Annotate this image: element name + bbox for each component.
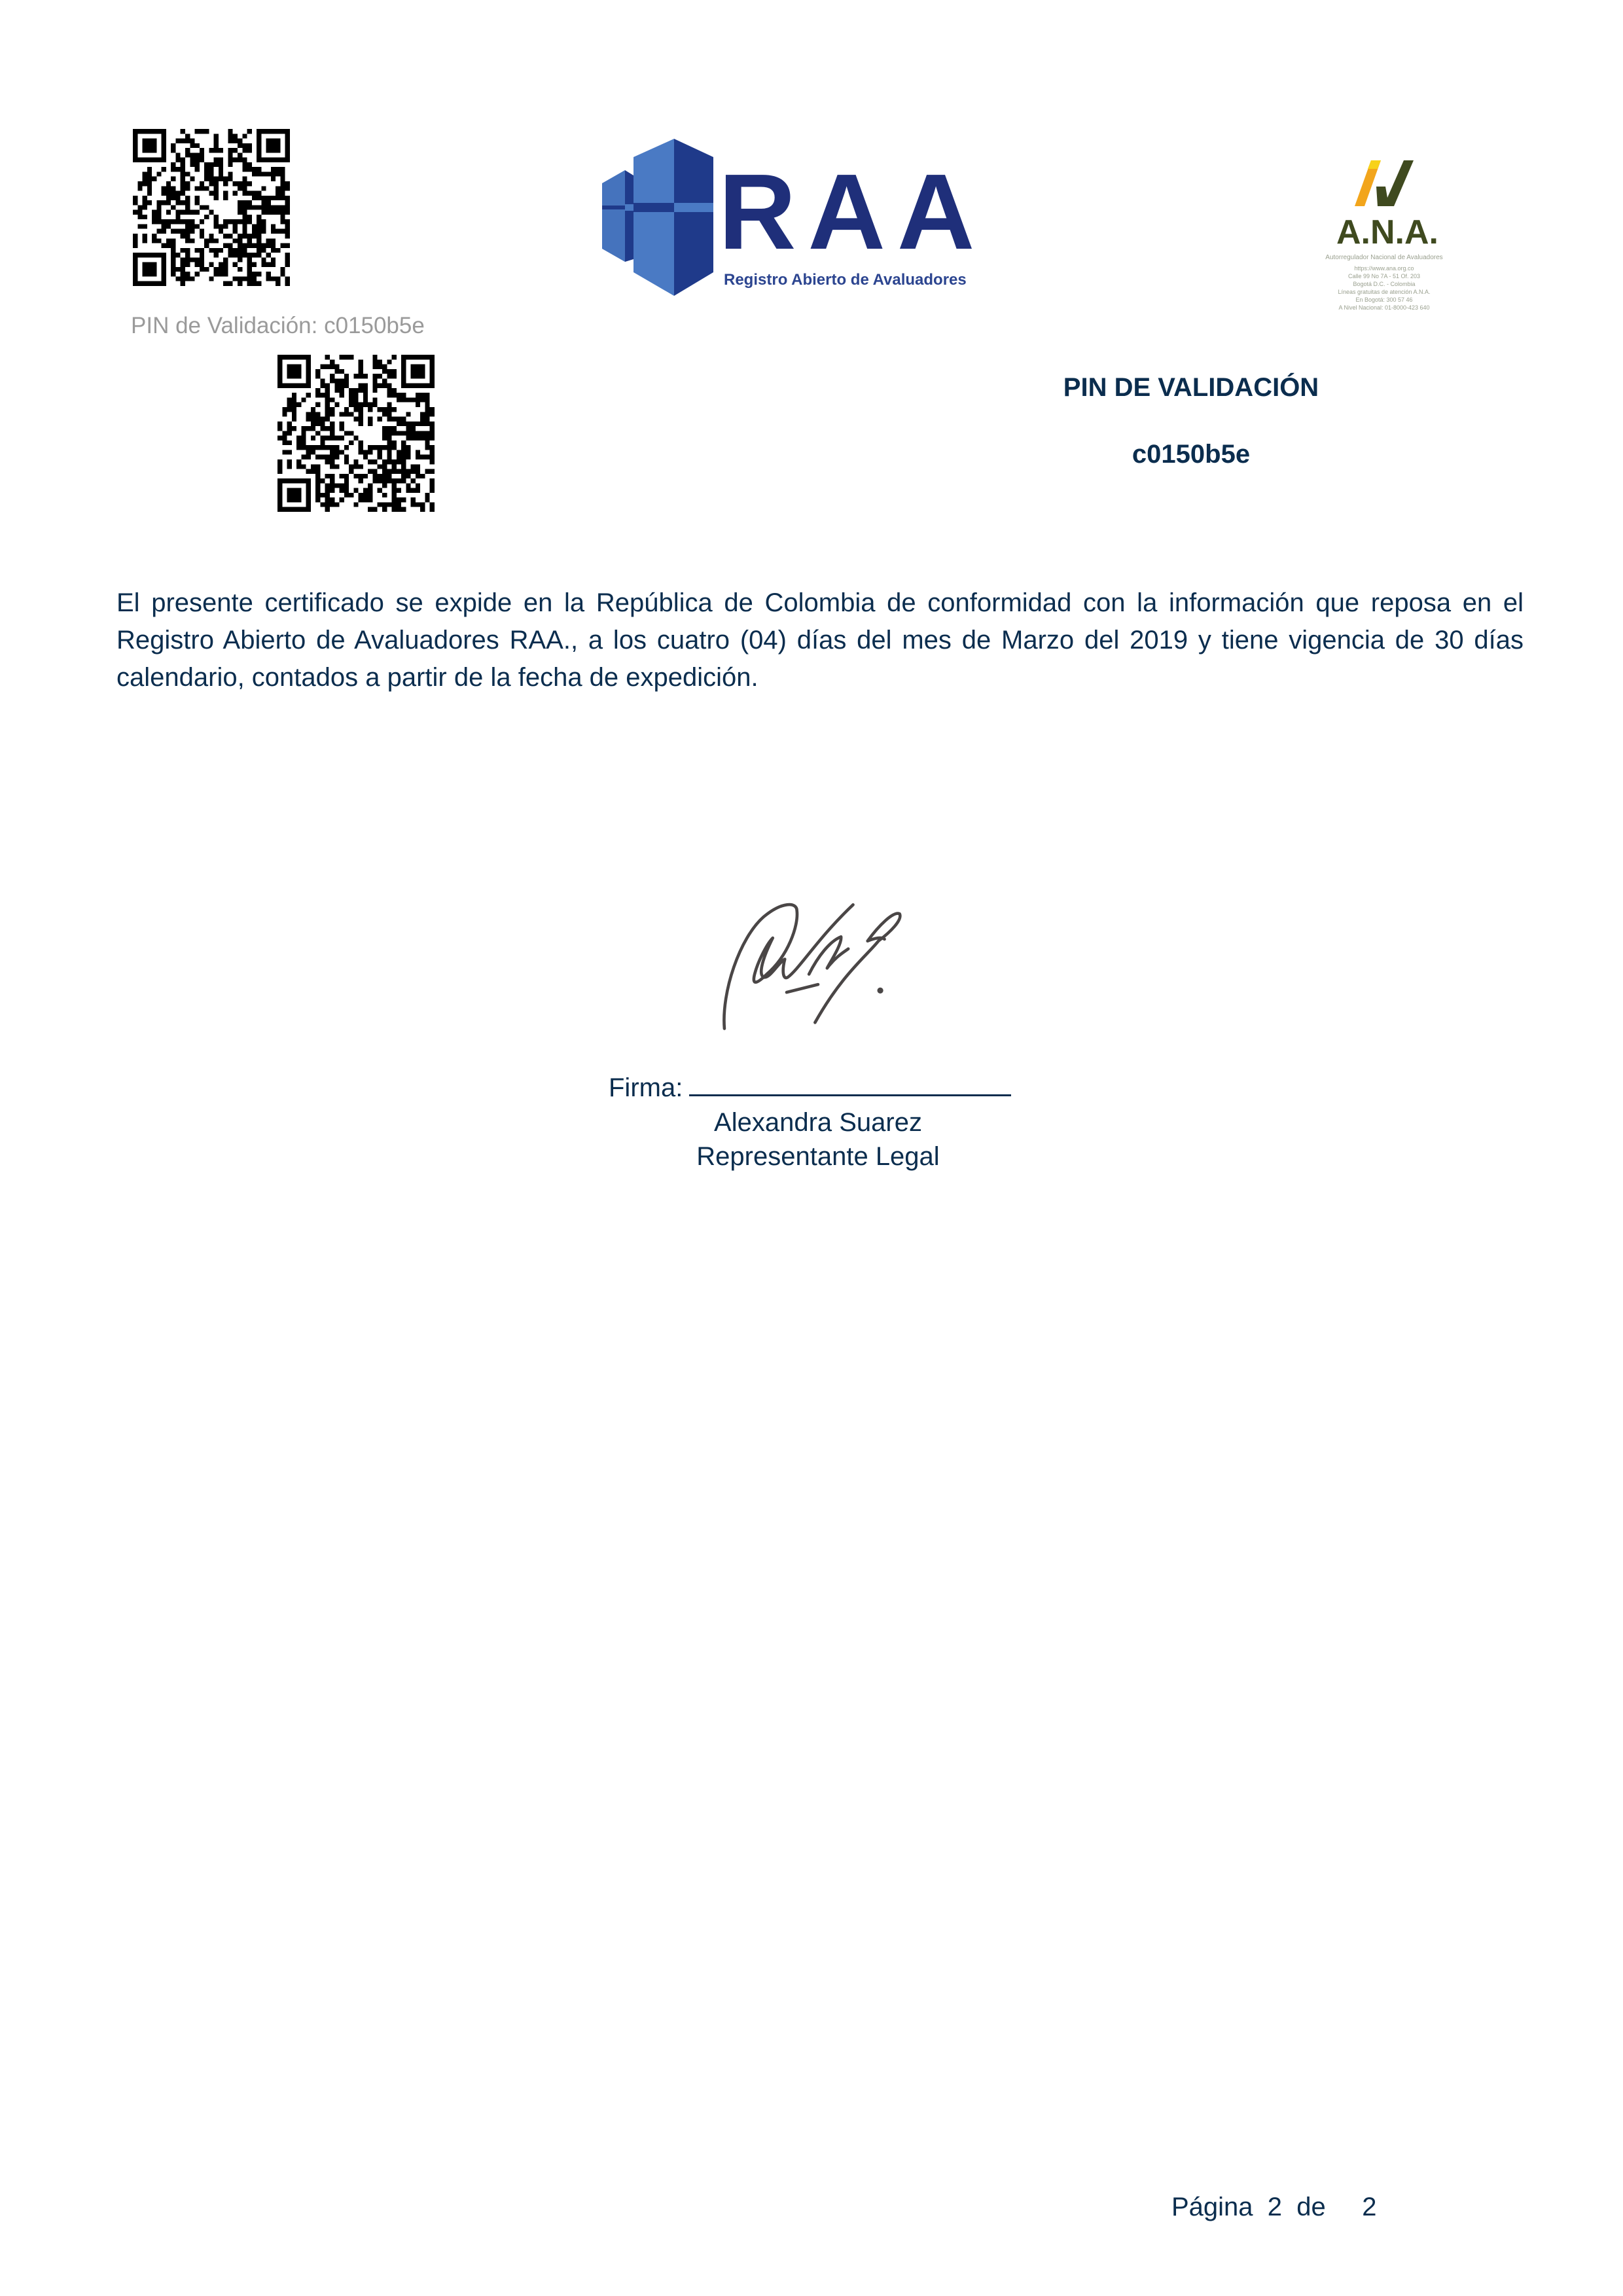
ana-contact-line: Líneas gratuitas de atención A.N.A. [1289,288,1479,296]
firma-row: Firma: [609,1073,1011,1103]
raa-wordmark: RAA [719,158,986,266]
signature-line [689,1075,1011,1096]
pin-validation-label: PIN de Validación: c0150b5e [131,313,425,339]
ana-wordmark: A.N.A. [1325,213,1450,252]
ana-contact-line: Bogotá D.C. - Colombia [1289,280,1479,288]
raa-tagline: Registro Abierto de Avaluadores [724,271,967,289]
qr-code-second [277,355,435,512]
pin-validation-code: c0150b5e [1021,440,1361,469]
ana-contact-line: En Bogotá: 300 57 46 [1289,296,1479,304]
ana-contact-line: Calle 99 No 7A - 51 Of. 203 [1289,272,1479,280]
firma-label: Firma: [609,1073,683,1102]
signature-image [694,884,942,1041]
signer-name: Alexandra Suarez [589,1108,1047,1138]
ana-check-icon [1338,157,1423,206]
ana-contact: https://www.ana.org.co Calle 99 No 7A - … [1289,264,1479,312]
ana-logo: A.N.A. Autorregulador Nacional de Avalua… [1240,137,1522,327]
certificate-paragraph: El presente certificado se expide en la … [116,584,1524,696]
ana-contact-line: https://www.ana.org.co [1289,264,1479,272]
ana-subtitle: Autorregulador Nacional de Avaluadores [1289,254,1479,262]
ana-contact-line: A Nivel Nacional: 01-8000-423 640 [1289,304,1479,312]
qr-code-top [133,129,290,286]
signer-role: Representante Legal [589,1142,1047,1172]
raa-logo: RAA Registro Abierto de Avaluadores [589,124,1060,308]
pin-validation-title: PIN DE VALIDACIÓN [1021,373,1361,403]
page-number: Página 2 de 2 [1171,2193,1377,2222]
